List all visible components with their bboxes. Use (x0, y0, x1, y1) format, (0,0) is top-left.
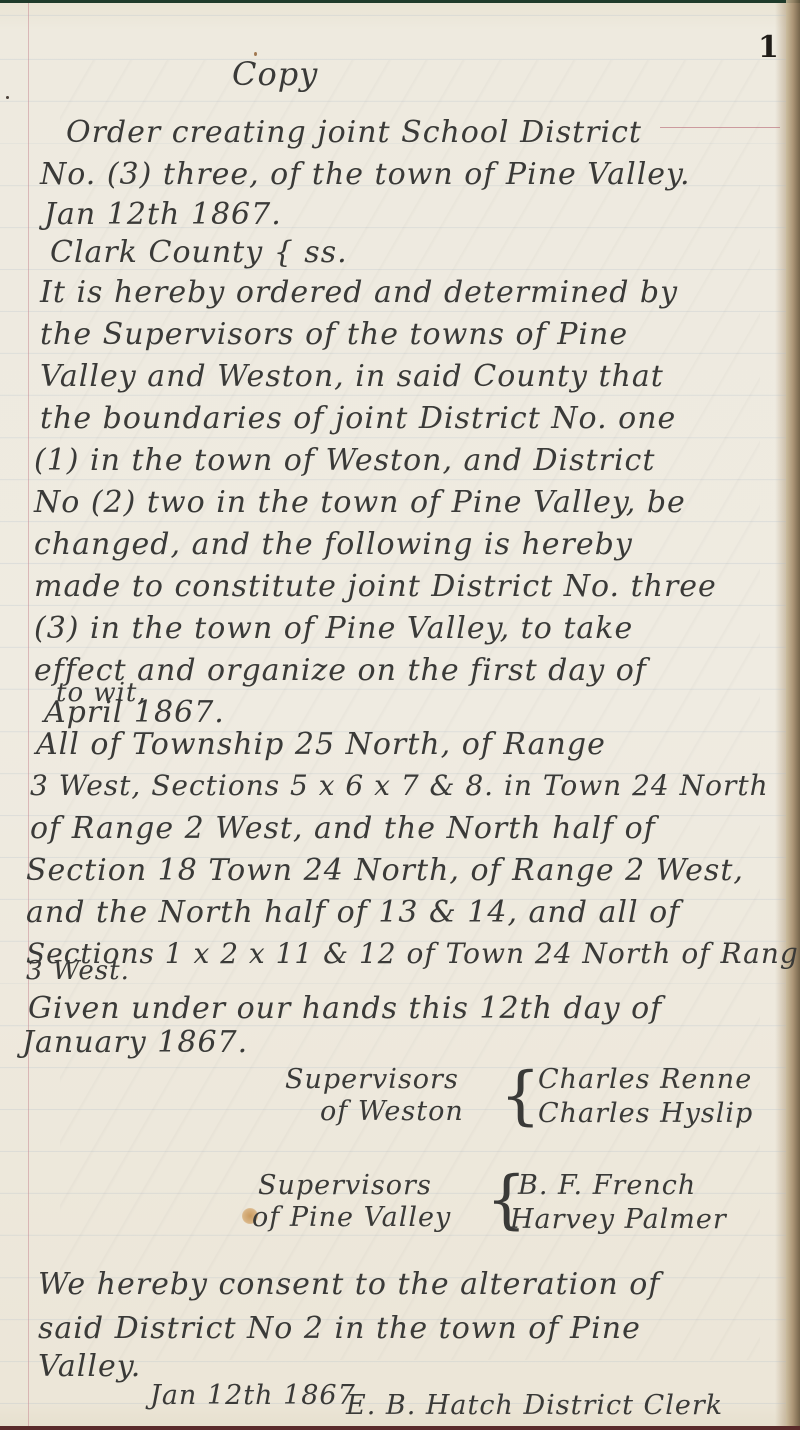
given-line: Given under our hands this 12th day of (28, 994, 662, 1024)
body-line: (3) in the town of Pine Valley, to take (34, 614, 633, 644)
description-line: Section 18 Town 24 North, of Range 2 Wes… (26, 856, 744, 886)
closing-signer: E. B. Hatch District Clerk (346, 1392, 723, 1419)
body-line: (1) in the town of Weston, and District (34, 446, 655, 476)
signature-name: Charles Hyslip (538, 1100, 753, 1127)
page-number: 1 (758, 30, 779, 65)
description-line: Sections 1 x 2 x 11 & 12 of Town 24 Nort… (26, 940, 800, 968)
body-line: It is hereby ordered and determined by (40, 278, 678, 308)
signature-name: Charles Renne (538, 1066, 752, 1093)
signature-group-label: Supervisors (258, 1172, 432, 1199)
body-line: changed, and the following is hereby (34, 530, 633, 560)
title-date: Jan 12th 1867. (44, 200, 282, 230)
given-line: January 1867. (22, 1028, 248, 1058)
binding-edge-top (0, 0, 800, 3)
description-line: and the North half of 13 & 14, and all o… (26, 898, 680, 928)
ledger-page: 1 Copy Order creating joint School Distr… (0, 0, 800, 1430)
ink-dot (6, 96, 9, 99)
body-line: Valley and Weston, in said County that (40, 362, 664, 392)
signature-name: Harvey Palmer (510, 1206, 727, 1233)
body-line: the boundaries of joint District No. one (40, 404, 676, 434)
signature-brace: { (500, 1064, 541, 1128)
signature-name: B. F. French (518, 1172, 696, 1199)
consent-line: Valley. (38, 1352, 141, 1382)
description-line: 3 West, Sections 5 x 6 x 7 & 8. in Town … (30, 772, 769, 800)
body-line: No (2) two in the town of Pine Valley, b… (34, 488, 686, 518)
venue: Clark County { ss. (50, 238, 348, 268)
title-underline (660, 127, 780, 128)
heading-copy: Copy (232, 58, 318, 90)
page-edge-right (786, 0, 800, 1430)
binding-edge-bottom (0, 1426, 800, 1430)
description-line: 3 West. (26, 958, 130, 984)
signature-group-town: of Pine Valley (252, 1204, 451, 1231)
to-wit: to wit, (56, 680, 147, 706)
description-line: of Range 2 West, and the North half of (30, 814, 656, 844)
consent-line: said District No 2 in the town of Pine (38, 1314, 641, 1344)
body-line: the Supervisors of the towns of Pine (40, 320, 628, 350)
description-line: All of Township 25 North, of Range (36, 730, 606, 760)
closing-date: Jan 12th 1867 (150, 1382, 356, 1409)
signature-group-town: of Weston (320, 1098, 464, 1125)
title-line: Order creating joint School District (66, 118, 642, 148)
signature-group-label: Supervisors (285, 1066, 459, 1093)
body-line: made to constitute joint District No. th… (34, 572, 717, 602)
margin-rule (28, 0, 29, 1430)
consent-line: We hereby consent to the alteration of (38, 1270, 660, 1300)
title-line: No. (3) three, of the town of Pine Valle… (40, 160, 691, 190)
